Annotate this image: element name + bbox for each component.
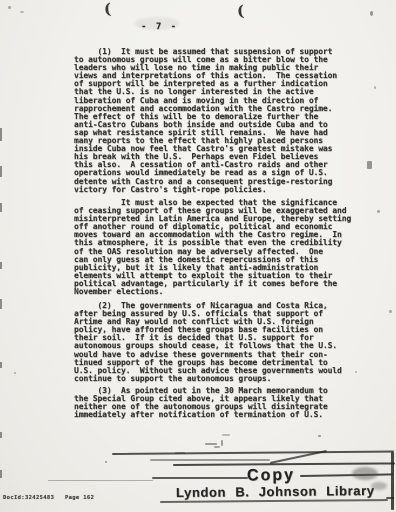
- stamp-library-label: Lyndon B. Johnson Library: [176, 483, 375, 500]
- scan-speck: [367, 161, 372, 169]
- scan-streak-line: [300, 473, 393, 477]
- scan-edge-mark: [0, 432, 2, 438]
- scan-edge-bar: [391, 452, 394, 510]
- doc-id-label: DocId:32425483: [3, 495, 54, 501]
- paragraph: (1) It must be assumed that suspension o…: [74, 48, 374, 194]
- scan-speck: [389, 310, 392, 313]
- scan-speck: [374, 86, 376, 89]
- document-page: ( ( - 7 - (1) It must be assumed that su…: [0, 0, 396, 512]
- scan-speck: [8, 6, 11, 9]
- paragraph: (2) The governments of Nicaragua and Cos…: [74, 302, 374, 383]
- footer-page-label: Page 162: [65, 495, 94, 501]
- scan-streak-line: [150, 459, 270, 461]
- scan-speck: [205, 443, 217, 445]
- scan-edge-mark: [0, 362, 2, 368]
- page-number: - 7 -: [141, 22, 178, 32]
- text-line: November elections.: [74, 288, 374, 296]
- paragraph: (3) As pointed out in the 30 March memor…: [74, 387, 374, 419]
- scan-footer: DocId:32425483 Page 162: [3, 495, 101, 501]
- scan-streak-line: [48, 480, 153, 481]
- scan-edge-mark: [0, 203, 2, 212]
- scan-speck: [318, 435, 321, 437]
- scan-streak-line: [152, 477, 248, 479]
- scan-speck: [14, 372, 16, 374]
- handwritten-paren-mark: (: [103, 0, 111, 18]
- scan-speck: [221, 440, 223, 446]
- scan-speck: [222, 434, 230, 436]
- scan-corner-mark: [386, 497, 394, 499]
- scan-speck: [105, 461, 107, 463]
- scan-speck: [214, 446, 220, 448]
- scan-edge-mark: [0, 128, 2, 141]
- paragraph: It must also be expected that the signif…: [74, 199, 374, 296]
- scan-edge-mark: [0, 299, 2, 309]
- text-line: immediately after notification of termin…: [74, 411, 374, 419]
- scan-edge-mark: [0, 262, 2, 269]
- scan-speck: [370, 11, 373, 16]
- scan-smudge: [352, 467, 378, 480]
- scan-speck: [355, 371, 357, 373]
- scan-edge-mark: [0, 166, 2, 177]
- scan-edge-mark: [0, 470, 2, 478]
- scan-speck: [377, 210, 380, 213]
- scan-streak-line: [112, 451, 394, 455]
- text-line: victory for Castro's tight-rope policies…: [74, 186, 374, 194]
- handwritten-paren-mark: (: [236, 2, 244, 20]
- scan-streak-line: [173, 462, 395, 466]
- text-line: continue to support the autonomous group…: [74, 375, 374, 383]
- scan-speck: [20, 11, 24, 13]
- stamp-copy-label: Copy: [247, 466, 295, 485]
